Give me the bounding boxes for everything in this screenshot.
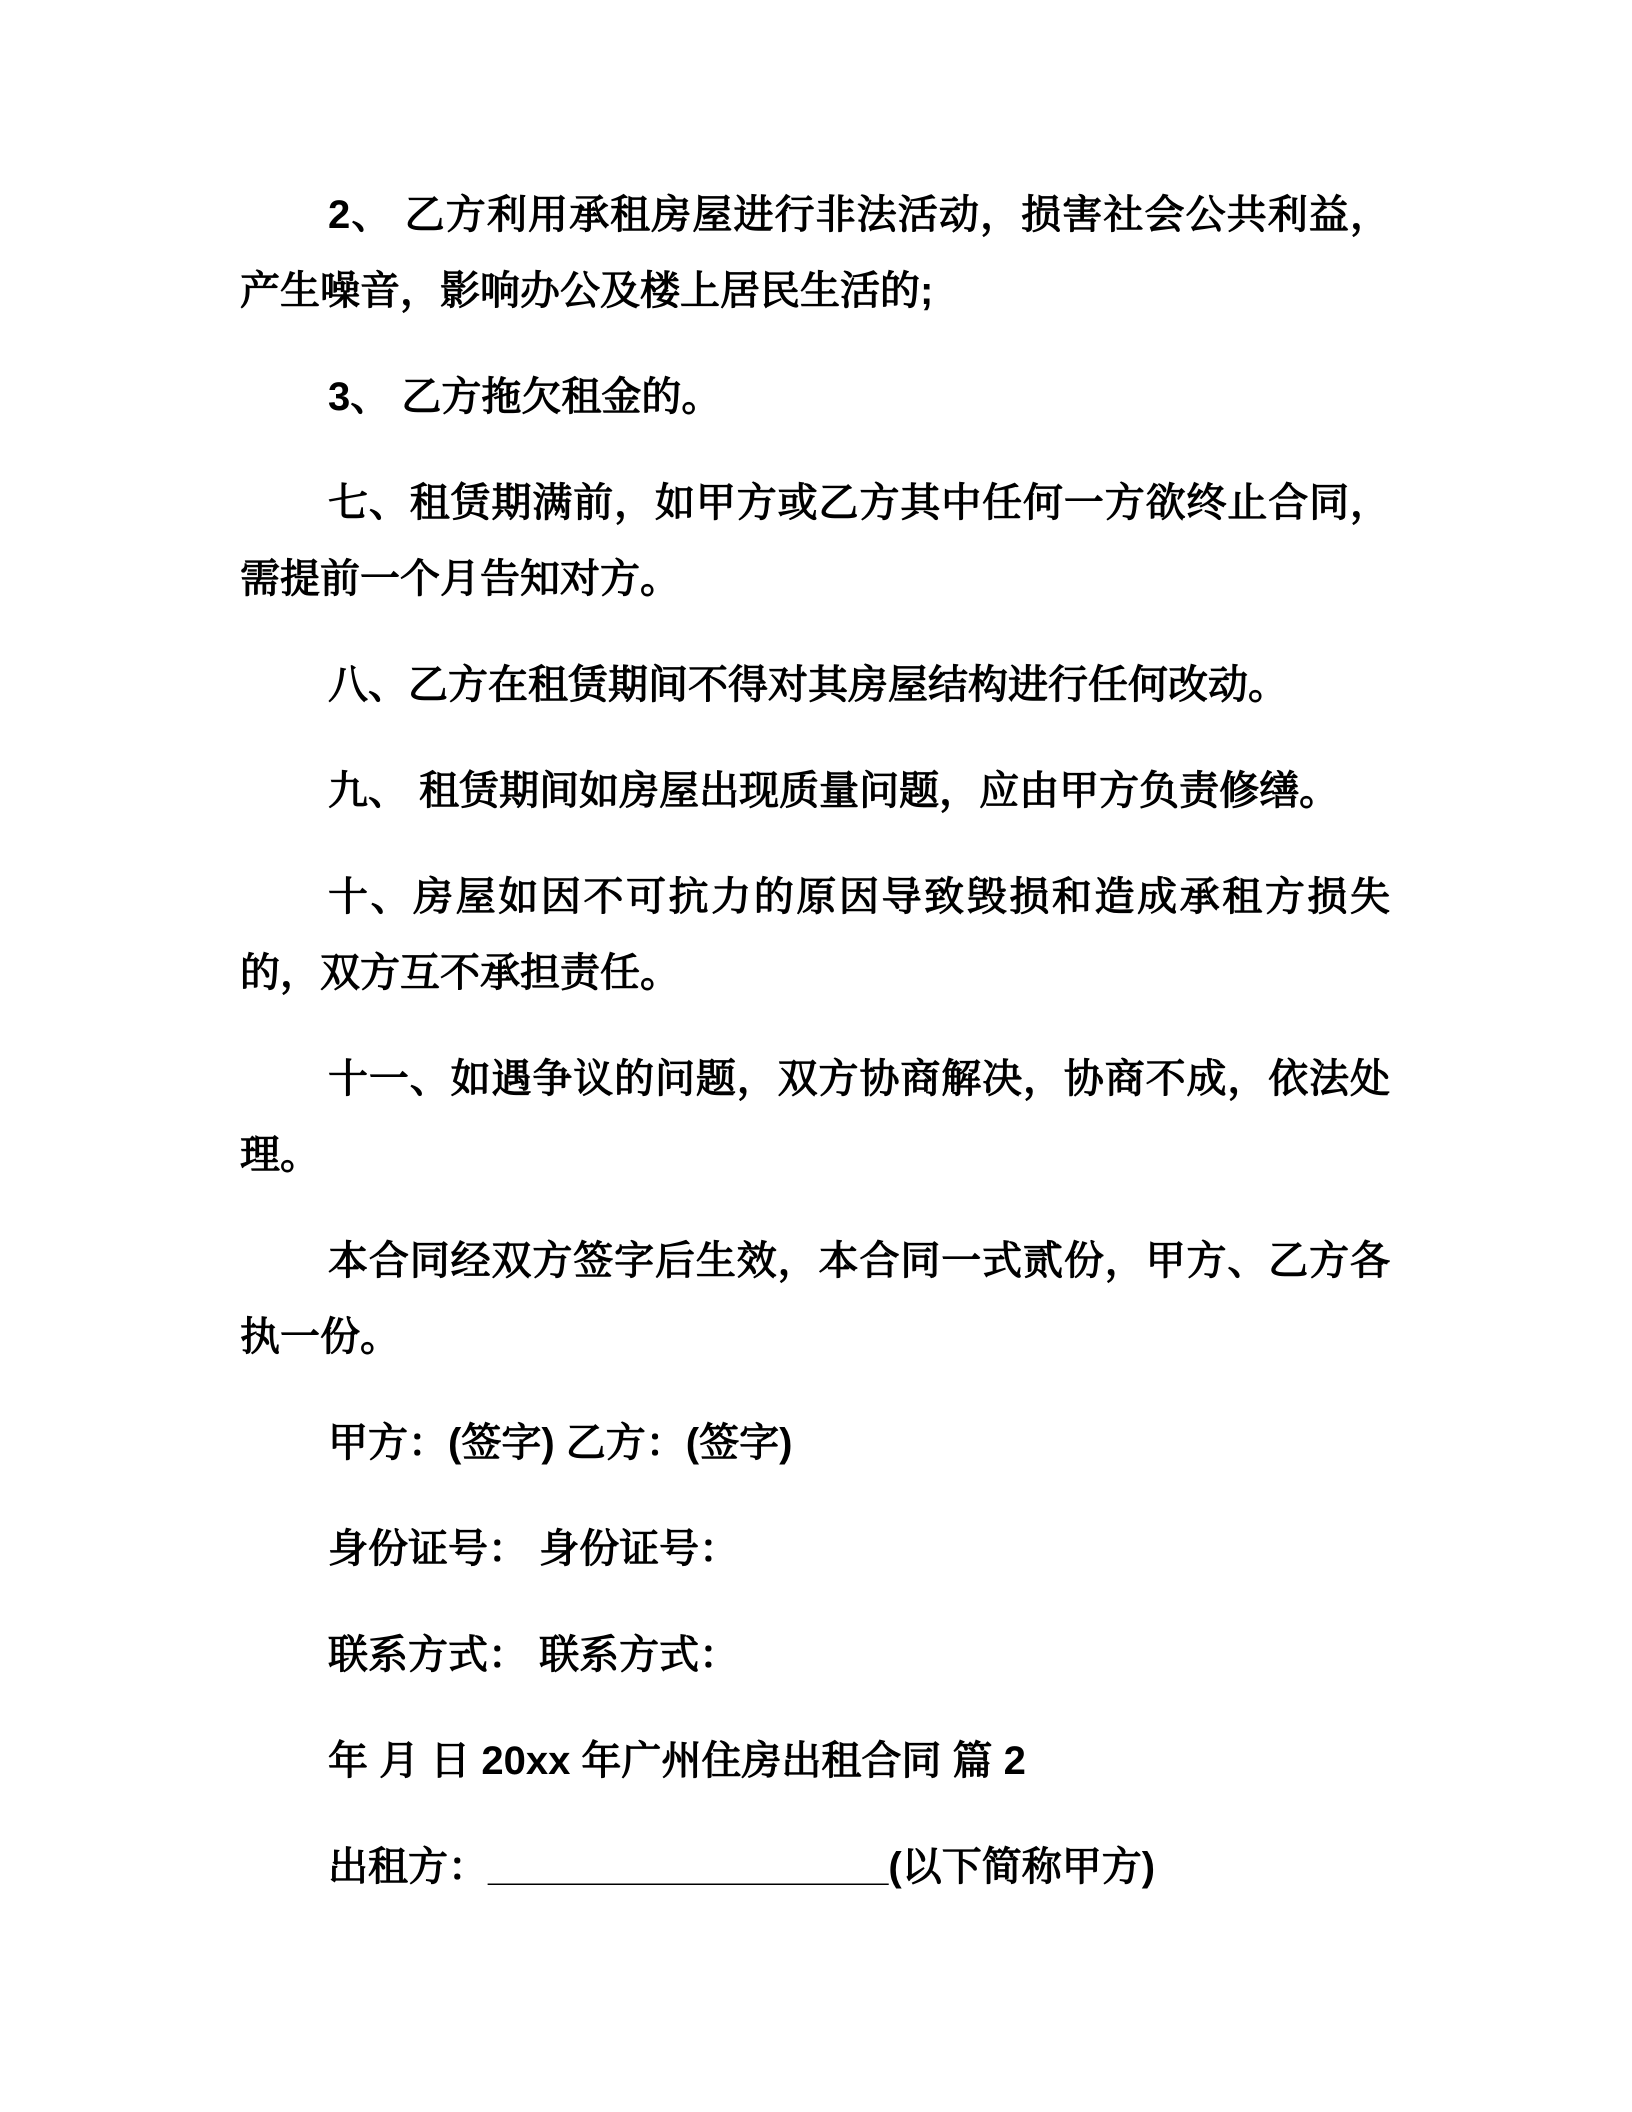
contact-info-line: 联系方式： 联系方式：: [240, 1617, 1390, 1693]
clause-7-early-termination: 七、租赁期满前，如甲方或乙方其中任何一方欲终止合同，需提前一个月告知对方。: [240, 465, 1390, 617]
clause-2-illegal-activity: 2、 乙方利用承租房屋进行非法活动，损害社会公共利益，产生噪音，影响办公及楼上居…: [240, 177, 1390, 329]
lessor-blank-line: 出租方：__________________(以下简称甲方): [240, 1829, 1390, 1905]
date-and-next-contract-title-line: 年 月 日 20xx 年广州住房出租合同 篇 2: [240, 1723, 1390, 1799]
effectiveness-and-copies-clause: 本合同经双方签字后生效，本合同一式贰份，甲方、乙方各执一份。: [240, 1223, 1390, 1375]
document-page: 2、 乙方利用承租房屋进行非法活动，损害社会公共利益，产生噪音，影响办公及楼上居…: [0, 0, 1632, 2112]
id-number-line: 身份证号： 身份证号：: [240, 1511, 1390, 1587]
clause-10-force-majeure: 十、房屋如因不可抗力的原因导致毁损和造成承租方损失的，双方互不承担责任。: [240, 859, 1390, 1011]
clause-11-dispute-resolution: 十一、如遇争议的问题，双方协商解决，协商不成，依法处理。: [240, 1041, 1390, 1193]
signature-line: 甲方：(签字) 乙方：(签字): [240, 1405, 1390, 1481]
clause-3-rent-arrears: 3、 乙方拖欠租金的。: [240, 359, 1390, 435]
clause-8-no-structure-change: 八、乙方在租赁期间不得对其房屋结构进行任何改动。: [240, 647, 1390, 723]
clause-9-quality-repair: 九、 租赁期间如房屋出现质量问题，应由甲方负责修缮。: [240, 753, 1390, 829]
